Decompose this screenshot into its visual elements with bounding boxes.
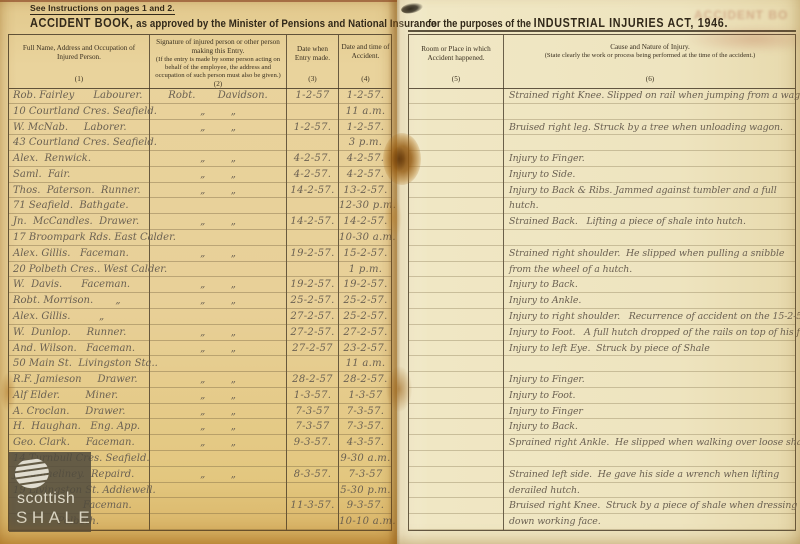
cause-cell: Injury to Finger. [509,373,800,387]
column-header-place: Room or Place in which Accident happened… [409,35,503,88]
accident-date-cell: 15-2-57. [339,247,392,261]
accident-date-cell: 5-30 p.m. [339,484,392,498]
signature-cell: „ „ [150,215,286,229]
accident-date-cell: 7-3-57 [339,468,392,482]
accident-date-cell: 23-2-57. [339,342,392,356]
entry-date-cell: 7-3-57 [287,420,338,434]
accident-book-title: ACCIDENT BOOK, as approved by the Minist… [30,14,436,32]
name-cell: Alf Elder. Miner. [13,389,149,403]
entry-date-cell: 14-2-57. [287,215,338,229]
table-row: Bruised right Knee. Struck by a piece of… [409,498,795,514]
table-row: Injury to Side. [409,167,795,183]
entry-date-cell: 25-2-57. [287,294,338,308]
column-number: (5) [452,75,460,84]
entry-date-cell: 27-2-57. [287,310,338,324]
cause-cell: Injury to left Eye. Struck by piece of S… [509,342,800,356]
name-cell: Geo. Clark. Faceman. [13,436,149,450]
accident-date-cell: 9-30 a.m. [339,452,392,466]
page-top-edge [0,0,397,2]
table-row: 20 Polbeth Cres.. West Calder.1 p.m. [9,262,391,278]
table-row: down working face. [409,514,795,530]
accident-date-cell: 1 p.m. [339,263,392,277]
name-cell: Alex. Renwick. [13,152,149,166]
table-row: Injury to Foot. [409,388,795,404]
column-number: (1) [75,75,83,84]
cause-cell: Strained right Knee. Slipped on rail whe… [509,89,800,103]
accident-date-cell: 4-3-57. [339,436,392,450]
column-header-signature: Signature of injured person or other per… [150,35,286,88]
table-row: A. Croclan. Drawer.„ „7-3-577-3-57. [9,404,391,420]
column-title: Cause and Nature of Injury. [610,43,690,52]
cause-cell: down working face. [509,515,800,529]
name-cell: 20 Polbeth Cres.. West Calder. [13,263,149,277]
table-row: Saml. Fair.„ „4-2-57.4-2-57. [9,167,391,183]
column-subtitle: (State clearly the work or process being… [545,52,756,60]
entry-date-cell: 19-2-57. [287,247,338,261]
column-title: Room or Place in which Accident happened… [413,45,499,63]
table-row: Strained left side. He gave his side a w… [409,467,795,483]
signature-cell: „ „ [150,405,286,419]
entry-date-cell: 19-2-57. [287,278,338,292]
name-cell: 17 Broompark Rds. East Calder. [13,231,149,245]
table-row: 17 Broompark Rds. East Calder.10-30 a.m. [9,230,391,246]
table-row: derailed hutch. [409,483,795,499]
act-title-act: INDUSTRIAL INJURIES ACT, 1946. [534,16,728,30]
column-title: Date and time of Accident. [341,43,390,61]
table-row: Alf Elder. Miner.„ „1-3-57.1-3-57 [9,388,391,404]
cause-cell: Injury to Back. [509,420,800,434]
name-cell: Saml. Fair. [13,168,149,182]
name-cell: Thos. Paterson. Runner. [13,184,149,198]
column-title: Date when Entry made. [289,45,336,63]
table-row: Injury to Ankle. [409,293,795,309]
accident-date-cell: 3 p.m. [339,136,392,150]
table-row: R.F. Jamieson Drawer.„ „28-2-5728-2-57. [9,372,391,388]
column-title: Full Name, Address and Occupation of Inj… [15,44,143,62]
shale-ball-icon [11,454,55,493]
cause-cell: Injury to right shoulder. Recurrence of … [509,310,800,324]
cause-cell: Bruised right Knee. Struck by a piece of… [509,499,800,513]
name-cell: H. Haughan. Eng. App. [13,420,149,434]
column-number: (3) [308,75,316,84]
table-row: Jn. McCandles. Drawer.„ „14-2-57.14-2-57… [9,214,391,230]
entry-date-cell: 28-2-57 [287,373,338,387]
table-row: Injury to left Eye. Struck by piece of S… [409,341,795,357]
name-cell: W. Dunlop. Runner. [13,326,149,340]
spine-shadow [388,0,404,544]
signature-cell: „ „ [150,468,286,482]
accident-date-cell: 11 a.m. [339,357,392,371]
entry-date-cell: 7-3-57 [287,405,338,419]
accident-date-cell: 28-2-57. [339,373,392,387]
table-row: W. Davis. Faceman.„ „19-2-57.19-2-57. [9,277,391,293]
accident-date-cell: 1-2-57. [339,89,392,103]
table-row: Injury to Back. [409,419,795,435]
accident-date-cell: 7-3-57. [339,405,392,419]
table-row: 50 Main St. Livingston Sta..11 a.m. [9,356,391,372]
cause-cell: hutch. [509,199,800,213]
table-row [409,356,795,372]
table-row: Bruised right leg. Struck by a tree when… [409,120,795,136]
name-cell: 50 Main St. Livingston Sta.. [13,357,149,371]
accident-date-cell: 19-2-57. [339,278,392,292]
table-row: W. McNab. Laborer.„ „1-2-57.1-2-57. [9,120,391,136]
name-cell: Rob. Fairley Labourer. [13,89,149,103]
table-row: And. Wilson. Faceman.„ „27-2-5723-2-57. [9,341,391,357]
table-row: Sprained right Ankle. He slipped when wa… [409,435,795,451]
name-cell: A. Croclan. Drawer. [13,405,149,419]
accident-date-cell: 14-2-57. [339,215,392,229]
signature-cell: „ „ [150,105,286,119]
signature-cell: „ „ [150,420,286,434]
cause-cell: Injury to Foot. A full hutch dropped of … [509,326,800,340]
table-row: H. Haughan. Eng. App.„ „7-3-577-3-57. [9,419,391,435]
accident-date-cell: 10-30 a.m. [339,231,392,245]
table-row [409,451,795,467]
signature-cell: Robt. Davidson. [150,89,286,103]
name-cell: 10 Courtland Cres. Seafield. [13,105,149,119]
accident-date-cell: 27-2-57. [339,326,392,340]
entry-date-cell: 27-2-57. [287,326,338,340]
signature-cell: „ „ [150,278,286,292]
cause-cell: Strained left side. He gave his side a w… [509,468,800,482]
accident-date-cell: 10-10 a.m. [339,515,392,529]
name-cell: Robt. Morrison. „ [13,294,149,308]
table-row: Geo. Clark. Faceman.„ „9-3-57.4-3-57. [9,435,391,451]
signature-cell: „ „ [150,436,286,450]
signature-cell: „ „ [150,168,286,182]
accident-book-scan: See Instructions on pages 1 and 2. ACCID… [0,0,800,544]
name-cell: Alex. Gillis. „ [13,310,149,324]
table-row: Alex. Gillis. Faceman.„ „19-2-57.15-2-57… [9,246,391,262]
name-cell: And. Wilson. Faceman. [13,342,149,356]
column-title: Signature of injured person or other per… [153,38,283,56]
cause-cell: derailed hutch. [509,484,800,498]
entry-date-cell: 4-2-57. [287,168,338,182]
accident-date-cell: 9-3-57. [339,499,392,513]
table-row: 10 Courtland Cres. Seafield.„ „11 a.m. [9,104,391,120]
table-row: Robt. Morrison. „„ „25-2-57.25-2-57. [9,293,391,309]
entry-date-cell: 1-2-57. [287,121,338,135]
table-row: Injury to Finger. [409,151,795,167]
cause-cell: Injury to Finger [509,405,800,419]
accident-date-cell: 7-3-57. [339,420,392,434]
table-row [409,135,795,151]
accident-date-cell: 25-2-57. [339,294,392,308]
cause-cell: Strained Back. Lifting a piece of shale … [509,215,800,229]
watermark-line2: SHALE [16,508,94,528]
table-row [409,104,795,120]
entry-date-cell: 4-2-57. [287,152,338,166]
title-rule [408,30,796,32]
name-cell: R.F. Jamieson Drawer. [13,373,149,387]
column-header-entry-date: Date when Entry made. (3) [287,35,338,88]
table-row: from the wheel of a hutch. [409,262,795,278]
table-row: Strained right shoulder. He slipped when… [409,246,795,262]
name-cell: W. Davis. Faceman. [13,278,149,292]
table-row: Rob. Fairley Labourer.Robt. Davidson.1-2… [9,88,391,104]
signature-cell: „ „ [150,152,286,166]
table-row: Strained right Knee. Slipped on rail whe… [409,88,795,104]
accident-date-cell: 4-2-57. [339,168,392,182]
table-row: Injury to Foot. A full hutch dropped of … [409,325,795,341]
accident-date-cell: 1-2-57. [339,121,392,135]
column-header-cause: Cause and Nature of Injury. (State clear… [504,35,796,88]
table-row [409,530,795,544]
name-cell: W. McNab. Laborer. [13,121,149,135]
table-row: Strained Back. Lifting a piece of shale … [409,214,795,230]
entry-date-cell: 27-2-57 [287,342,338,356]
right-rows: Strained right Knee. Slipped on rail whe… [409,88,795,530]
column-subtitle: (If the entry is made by some person act… [153,56,283,80]
accident-date-cell: 1-3-57 [339,389,392,403]
table-row: Injury to Back & Ribs. Jammed against tu… [409,183,795,199]
table-row: Thos. Paterson. Runner.„ „14-2-57.13-2-5… [9,183,391,199]
accident-date-cell: 4-2-57. [339,152,392,166]
table-row: Alex. Renwick.„ „4-2-57.4-2-57. [9,151,391,167]
entry-date-cell: 9-3-57. [287,436,338,450]
signature-cell: „ „ [150,121,286,135]
column-number: (6) [646,75,654,84]
entry-date-cell: 1-3-57. [287,389,338,403]
name-cell: 43 Courtland Cres. Seafield. [13,136,149,150]
table-row: 43 Courtland Cres. Seafield.3 p.m. [9,135,391,151]
watermark-line1: scottish [17,490,75,508]
table-row: Alex. Gillis. „27-2-57.25-2-57. [9,309,391,325]
table-row: W. Dunlop. Runner.„ „27-2-57.27-2-57. [9,325,391,341]
accident-date-cell: 13-2-57. [339,184,392,198]
accident-date-cell: 11 a.m. [339,105,392,119]
cause-cell: Injury to Back & Ribs. Jammed against tu… [509,184,800,198]
entry-date-cell: 14-2-57. [287,184,338,198]
name-cell: 71 Seafield. Bathgate. [13,199,149,213]
signature-cell: „ „ [150,294,286,308]
cause-cell: Bruised right leg. Struck by a tree when… [509,121,800,135]
table-row: Injury to Back. [409,277,795,293]
accident-date-cell: 25-2-57. [339,310,392,324]
table-row [409,230,795,246]
cause-cell: Injury to Ankle. [509,294,800,308]
cause-cell: Injury to Foot. [509,389,800,403]
signature-cell: „ „ [150,247,286,261]
signature-cell: „ „ [150,389,286,403]
title-bold: ACCIDENT BOOK, [30,16,133,30]
table-row: Injury to right shoulder. Recurrence of … [409,309,795,325]
entry-date-cell: 1-2-57 [287,89,338,103]
signature-cell: „ „ [150,373,286,387]
column-header-name: Full Name, Address and Occupation of Inj… [9,35,149,88]
entry-date-cell: 11-3-57. [287,499,338,513]
table-row: Injury to Finger [409,404,795,420]
name-cell: Jn. McCandles. Drawer. [13,215,149,229]
name-cell: Alex. Gillis. Faceman. [13,247,149,261]
act-title-prefix: for the purposes of the [428,18,534,30]
signature-cell: „ „ [150,326,286,340]
accident-date-cell: 12-30 p.m. [339,199,392,213]
signature-cell: „ „ [150,184,286,198]
column-number: (4) [361,75,369,84]
right-table: Room or Place in which Accident happened… [408,34,796,531]
cause-cell: Injury to Side. [509,168,800,182]
cause-cell: from the wheel of a hutch. [509,263,800,277]
cause-cell: Injury to Finger. [509,152,800,166]
cause-cell: Injury to Back. [509,278,800,292]
table-row: hutch. [409,198,795,214]
entry-date-cell: 8-3-57. [287,468,338,482]
signature-cell: „ „ [150,342,286,356]
watermark-logo: scottish SHALE [9,452,91,532]
column-header-accident-date: Date and time of Accident. (4) [339,35,392,88]
table-row: 71 Seafield. Bathgate.12-30 p.m. [9,198,391,214]
cause-cell: Sprained right Ankle. He slipped when wa… [509,436,800,450]
table-row: Injury to Finger. [409,372,795,388]
cause-cell: Strained right shoulder. He slipped when… [509,247,800,261]
